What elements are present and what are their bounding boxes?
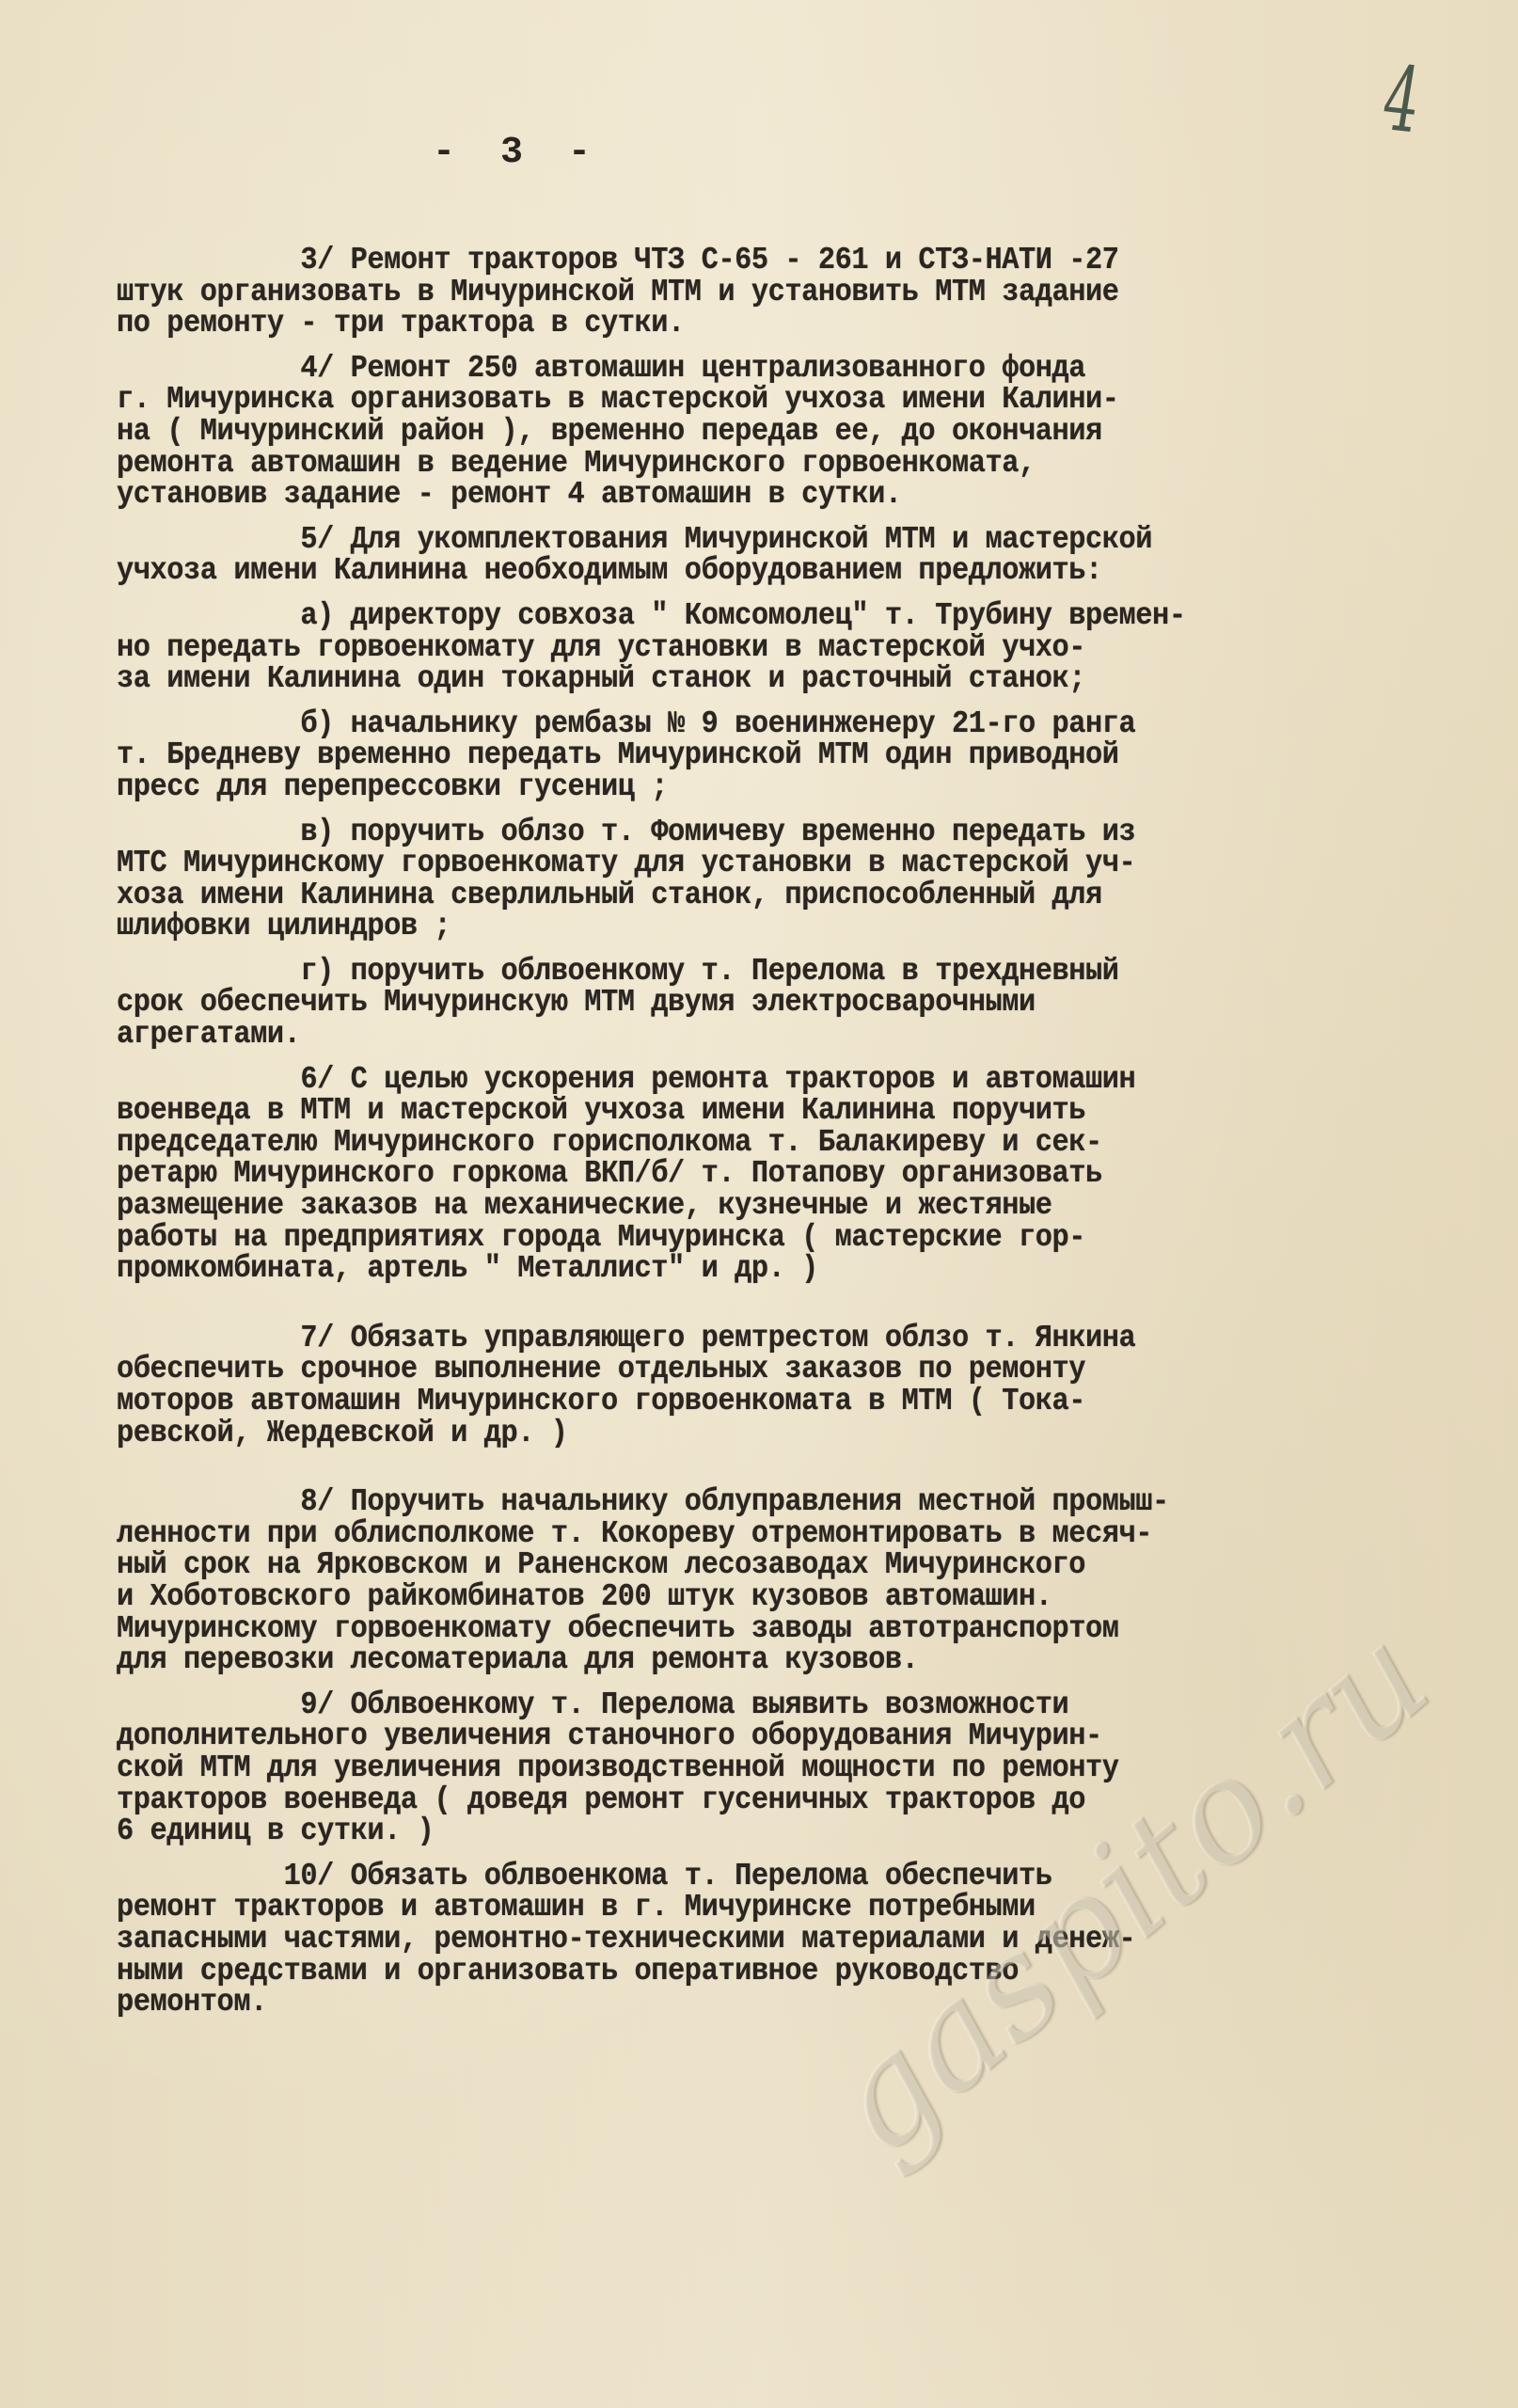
paragraph-3: 3/ Ремонт тракторов ЧТЗ С-65 - 261 и СТЗ… <box>117 245 1380 340</box>
text-line: г. Мичуринска организовать в мастерской … <box>117 384 1380 416</box>
paragraph-5b: б) начальнику рембазы № 9 военинженеру 2… <box>117 708 1380 803</box>
text-line: 7/ Обязать управляющего ремтрестом облзо… <box>117 1323 1380 1354</box>
text-line: обеспечить срочное выполнение отдельных … <box>117 1354 1380 1386</box>
text-line: но передать горвоенкомату для установки … <box>117 632 1380 664</box>
text-line: работы на предприятиях города Мичуринска… <box>117 1222 1380 1254</box>
text-line: ленности при облисполкоме т. Кокореву от… <box>117 1518 1380 1550</box>
text-line: на ( Мичуринский район ), временно перед… <box>117 416 1380 448</box>
text-line: за имени Калинина один токарный станок и… <box>117 663 1380 695</box>
paragraph-6: 6/ С целью ускорения ремонта тракторов и… <box>117 1064 1380 1285</box>
text-line: Мичуринскому горвоенкомату обеспечить за… <box>117 1613 1380 1645</box>
text-line: а) директору совхоза " Комсомолец" т. Тр… <box>117 600 1380 632</box>
text-line: ревской, Жердевской и др. ) <box>117 1418 1380 1450</box>
text-line: шлифовки цилиндров ; <box>117 911 1380 943</box>
text-line: по ремонту - три трактора в сутки. <box>117 308 1380 340</box>
document-page: 4 - 3 - 3/ Ремонт тракторов ЧТЗ С-65 - 2… <box>0 0 1518 2408</box>
text-line: 4/ Ремонт 250 автомашин централизованног… <box>117 353 1380 385</box>
text-line: т. Бредневу временно передать Мичуринско… <box>117 739 1380 771</box>
page-header: - 3 - <box>433 132 602 174</box>
text-line: 3/ Ремонт тракторов ЧТЗ С-65 - 261 и СТЗ… <box>117 245 1380 277</box>
text-line: установив задание - ремонт 4 автомашин в… <box>117 479 1380 511</box>
paragraph-8: 8/ Поручить начальнику облуправления мес… <box>117 1486 1380 1676</box>
paragraph-5v: в) поручить облзо т. Фомичеву временно п… <box>117 816 1380 943</box>
text-line: военведа в МТМ и мастерской учхоза имени… <box>117 1095 1380 1127</box>
text-line: агрегатами. <box>117 1019 1380 1051</box>
text-line: моторов автомашин Мичуринского горвоенко… <box>117 1386 1380 1418</box>
paragraph-5: 5/ Для укомплектования Мичуринской МТМ и… <box>117 524 1380 587</box>
text-line: ретарю Мичуринского горкома ВКП/б/ т. По… <box>117 1158 1380 1190</box>
text-line: срок обеспечить Мичуринскую МТМ двумя эл… <box>117 987 1380 1019</box>
text-line: б) начальнику рембазы № 9 военинженеру 2… <box>117 708 1380 740</box>
text-line: для перевозки лесоматериала для ремонта … <box>117 1644 1380 1676</box>
text-line: пресс для перепрессовки гусениц ; <box>117 771 1380 803</box>
text-line: г) поручить облвоенкому т. Перелома в тр… <box>117 956 1380 988</box>
text-line: ремонтом. <box>117 1987 1380 2019</box>
text-line: ремонта автомашин в ведение Мичуринского… <box>117 448 1380 480</box>
text-line: в) поручить облзо т. Фомичеву временно п… <box>117 816 1380 848</box>
text-line: 8/ Поручить начальнику облуправления мес… <box>117 1486 1380 1518</box>
text-line: размещение заказов на механические, кузн… <box>117 1190 1380 1222</box>
text-line: МТС Мичуринскому горвоенкомату для устан… <box>117 848 1380 879</box>
paragraph-7: 7/ Обязать управляющего ремтрестом облзо… <box>117 1323 1380 1449</box>
paragraph-4: 4/ Ремонт 250 автомашин централизованног… <box>117 353 1380 511</box>
handwritten-page-number: 4 <box>1383 45 1421 154</box>
text-line: 6/ С целью ускорения ремонта тракторов и… <box>117 1064 1380 1096</box>
text-line: ный срок на Ярковском и Раненском лесоза… <box>117 1549 1380 1581</box>
text-line: штук организовать в Мичуринской МТМ и ус… <box>117 277 1380 309</box>
text-line: учхоза имени Калинина необходимым оборуд… <box>117 555 1380 587</box>
text-line: ными средствами и организовать оперативн… <box>117 1956 1380 1988</box>
text-line: хоза имени Калинина сверлильный станок, … <box>117 879 1380 911</box>
text-line: промкомбината, артель " Металлист" и др.… <box>117 1253 1380 1285</box>
paragraph-5a: а) директору совхоза " Комсомолец" т. Тр… <box>117 600 1380 695</box>
text-line: председателю Мичуринского горисполкома т… <box>117 1127 1380 1159</box>
text-line: и Хоботовского райкомбинатов 200 штук ку… <box>117 1581 1380 1613</box>
text-line: 9/ Облвоенкому т. Перелома выявить возмо… <box>117 1689 1380 1721</box>
paragraph-5g: г) поручить облвоенкому т. Перелома в тр… <box>117 956 1380 1051</box>
text-line: 5/ Для укомплектования Мичуринской МТМ и… <box>117 524 1380 556</box>
